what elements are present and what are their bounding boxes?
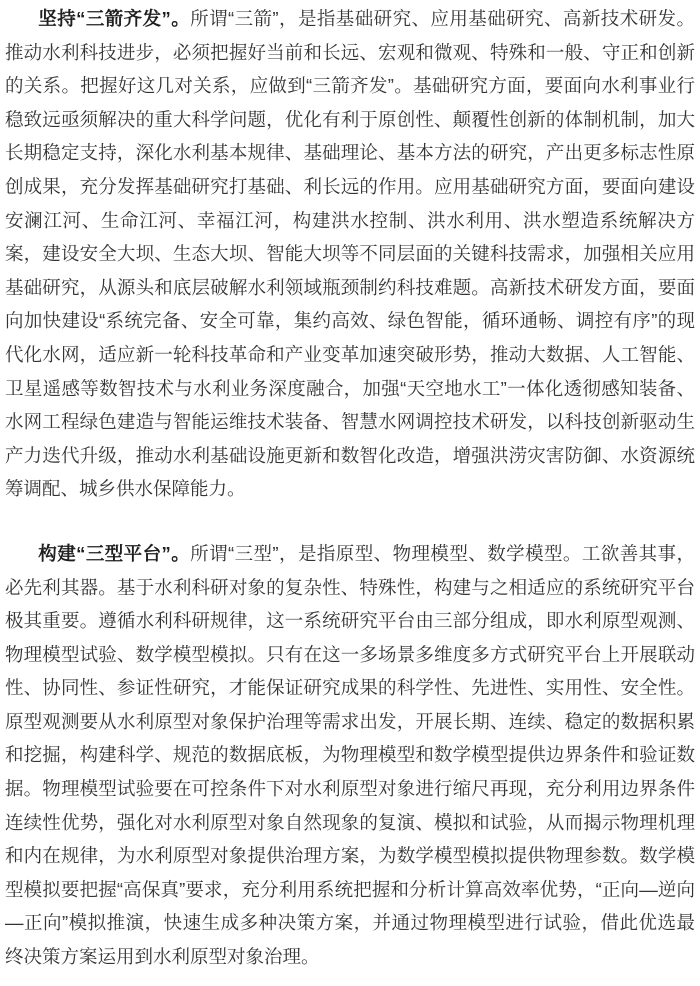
paragraph-sanxing-body: 所谓“三型”，是指原型、物理模型、数学模型。工欲善其事，必先利其器。基于水利科研… (5, 543, 695, 967)
paragraph-sanxing-lead: 构建“三型平台”。 (38, 543, 190, 564)
paragraph-sanjian-lead: 坚持“三箭齐发”。 (38, 8, 190, 29)
document-page: 坚持“三箭齐发”。所谓“三箭”，是指基础研究、应用基础研究、高新技术研发。推动水… (0, 0, 700, 986)
paragraph-sanjian: 坚持“三箭齐发”。所谓“三箭”，是指基础研究、应用基础研究、高新技术研发。推动水… (5, 2, 695, 506)
paragraph-sanxing: 构建“三型平台”。所谓“三型”，是指原型、物理模型、数学模型。工欲善其事，必先利… (5, 537, 695, 974)
article-text: 坚持“三箭齐发”。所谓“三箭”，是指基础研究、应用基础研究、高新技术研发。推动水… (5, 2, 695, 974)
paragraph-sanjian-body: 所谓“三箭”，是指基础研究、应用基础研究、高新技术研发。推动水利科技进步，必须把… (5, 8, 695, 499)
